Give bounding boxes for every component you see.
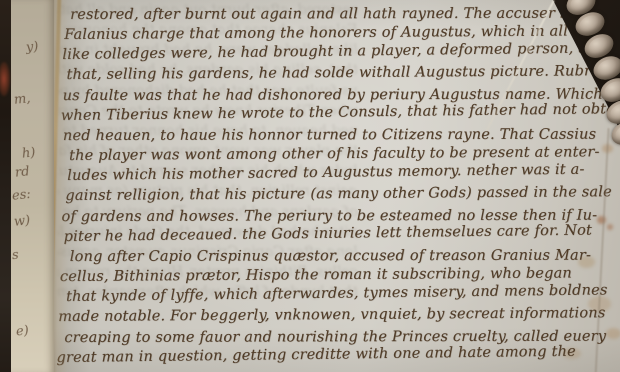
handwritten-text: restored, after burnt out again and all …: [62, 1, 610, 368]
facing-page-text-fragment: y): [25, 39, 39, 55]
facing-page-text-fragment: rd: [14, 164, 30, 180]
book-edge-dark-strip: [0, 0, 11, 372]
manuscript-line: restored, after burnt out again and all …: [70, 4, 607, 26]
facing-page-text-fragment: s: [11, 248, 19, 264]
facing-page-text-fragments: y)m,h)rdes:w)se): [10, 0, 54, 372]
facing-page-text-fragment: m,: [13, 91, 31, 108]
manuscript-photo: restored, after burnt out again and all …: [0, 0, 620, 372]
manuscript-line: long after Capio Crispinus quæstor, accu…: [70, 245, 609, 267]
manuscript-line: made notable. For beggerly, vnknowen, vn…: [58, 304, 609, 328]
manuscript-line: gainst relligion, that his picture (as m…: [65, 183, 608, 207]
facing-page-text-fragment: h): [21, 145, 36, 161]
manuscript-line: ned heauen, to haue his honnor turned to…: [63, 125, 608, 147]
facing-page-text-fragment: es:: [11, 187, 31, 204]
facing-page: y)m,h)rdes:w)se): [10, 0, 54, 372]
facing-page-text-fragment: w): [13, 213, 31, 230]
facing-page-text-fragment: e): [15, 323, 29, 339]
manuscript-line: that, selling his gardens, he had solde …: [66, 62, 607, 86]
